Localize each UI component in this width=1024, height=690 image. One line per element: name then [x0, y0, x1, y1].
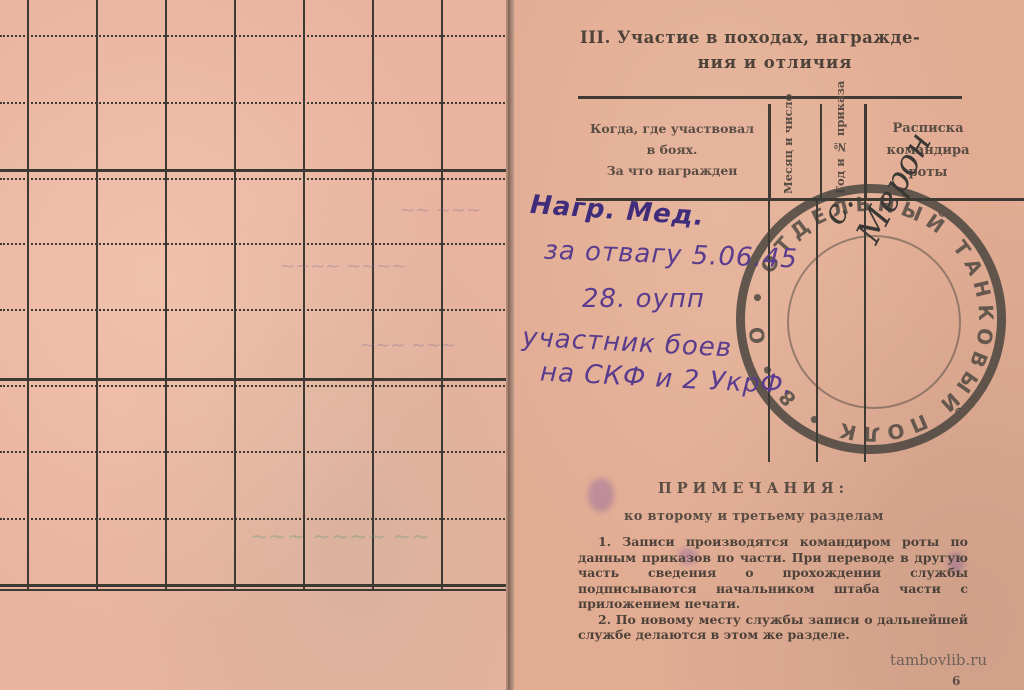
grid-column-line [165, 0, 167, 590]
handwritten-award-line: 28. оупп [582, 284, 705, 314]
header-line: За что награжден [576, 160, 768, 181]
header-line: в боях. [576, 139, 768, 160]
section-title-line2: ния и отличия [580, 53, 970, 72]
grid-dotted-row [0, 102, 508, 104]
faded-bleed-through-text: ~~~ ~~~ [360, 335, 456, 356]
right-page: III. Участие в походах, награжде- ния и … [514, 0, 1024, 690]
grid-column-line [27, 0, 29, 590]
faded-bleed-through-text: ~~ ~~~ [400, 200, 481, 221]
note-item-2: 2. По новому месту службы записи о дальн… [578, 612, 968, 643]
grid-dotted-row [0, 243, 508, 245]
grid-column-line [96, 0, 98, 590]
grid-column-line [303, 0, 305, 590]
header-month-day: Месяц и число [782, 108, 795, 194]
grid-dotted-row [0, 385, 508, 387]
faded-green-stain: ~~~ ~~~~ ~~ [250, 525, 430, 550]
note-item-1: 1. Записи производятся командиром роты п… [578, 534, 968, 612]
notes-body: 1. Записи производятся командиром роты п… [578, 534, 968, 643]
faded-bleed-through-text: ~~~~ ~~~~ [280, 256, 406, 277]
grid-solid-row [0, 169, 508, 172]
grid-dotted-row [0, 178, 508, 180]
page-number: 6 [952, 674, 960, 688]
left-page: ~~ ~~~ ~~~~ ~~~~ ~~~ ~~~ ~~~ ~~~~ ~~ [0, 0, 510, 690]
left-page-grid [0, 0, 510, 600]
grid-dotted-row [0, 35, 508, 37]
section-title-line1: III. Участие в походах, награжде- [580, 28, 920, 47]
grid-column-line [234, 0, 236, 590]
grid-solid-row [0, 378, 508, 381]
grid-dotted-row [0, 309, 508, 311]
section-title: III. Участие в походах, награжде- ния и … [580, 28, 970, 72]
document-spread: ~~ ~~~ ~~~~ ~~~~ ~~~ ~~~ ~~~ ~~~~ ~~ III… [0, 0, 1024, 690]
section-rule [578, 96, 962, 99]
grid-column-line [441, 0, 443, 590]
notes-subtitle: ко второму и третьему разделам [624, 509, 884, 524]
grid-double-row [0, 584, 512, 591]
grid-column-line [372, 0, 374, 590]
grid-dotted-row [0, 518, 508, 520]
watermark: tambovlib.ru [890, 651, 987, 669]
notes-title: ПРИМЕЧАНИЯ: [658, 480, 849, 497]
ink-blot [588, 478, 614, 512]
header-line: Когда, где участвовал [576, 118, 768, 139]
grid-dotted-row [0, 451, 508, 453]
